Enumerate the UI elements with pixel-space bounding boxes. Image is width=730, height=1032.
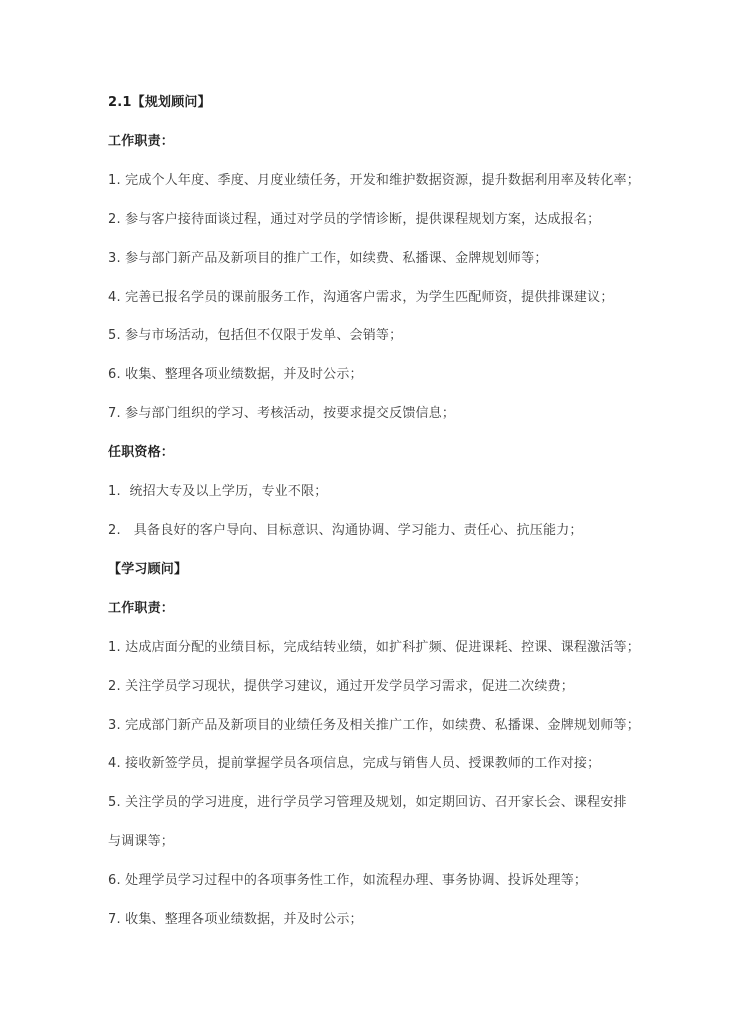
duty-item: 2. 关注学员学习现状，提供学习建议，通过开发学员学习需求，促进二次续费；: [108, 668, 656, 707]
duty-item: 3. 参与部门新产品及新项目的推广工作，如续费、私播课、金牌规划师等；: [108, 240, 656, 279]
duty-item: 2. 参与客户接待面谈过程，通过对学员的学情诊断，提供课程规划方案，达成报名；: [108, 201, 656, 240]
qualification-item: 2. 具备良好的客户导向、目标意识、沟通协调、学习能力、责任心、抗压能力；: [108, 512, 656, 551]
duties-heading-learning: 工作职责：: [108, 590, 656, 629]
duty-item: 5. 参与市场活动，包括但不仅限于发单、会销等；: [108, 317, 656, 356]
document-content: 2.1【规划顾问】 工作职责： 1. 完成个人年度、季度、月度业绩任务，开发和维…: [108, 84, 656, 940]
section-title-learning-consultant: 【学习顾问】: [108, 551, 656, 590]
duty-item: 7. 收集、整理各项业绩数据，并及时公示；: [108, 901, 656, 940]
duty-item: 5. 关注学员的学习进度，进行学员学习管理及规划，如定期回访、召开家长会、课程安…: [108, 784, 656, 862]
duty-item: 7. 参与部门组织的学习、考核活动，按要求提交反馈信息；: [108, 395, 656, 434]
qualifications-heading-planning: 任职资格：: [108, 434, 656, 473]
duty-item: 1. 完成个人年度、季度、月度业绩任务，开发和维护数据资源，提升数据利用率及转化…: [108, 162, 656, 201]
document-page: 2.1【规划顾问】 工作职责： 1. 完成个人年度、季度、月度业绩任务，开发和维…: [0, 0, 730, 1032]
duties-heading-planning: 工作职责：: [108, 123, 656, 162]
qualification-item: 1. 统招大专及以上学历，专业不限；: [108, 473, 656, 512]
duty-item: 1. 达成店面分配的业绩目标，完成结转业绩，如扩科扩频、促进课耗、控课、课程激活…: [108, 629, 656, 668]
section-title-planning-consultant: 2.1【规划顾问】: [108, 84, 656, 123]
duty-item: 4. 接收新签学员，提前掌握学员各项信息，完成与销售人员、授课教师的工作对接；: [108, 745, 656, 784]
duty-item: 6. 处理学员学习过程中的各项事务性工作，如流程办理、事务协调、投诉处理等；: [108, 862, 656, 901]
duty-item: 3. 完成部门新产品及新项目的业绩任务及相关推广工作，如续费、私播课、金牌规划师…: [108, 707, 656, 746]
duty-item: 4. 完善已报名学员的课前服务工作，沟通客户需求，为学生匹配师资，提供排课建议；: [108, 279, 656, 318]
duty-item: 6. 收集、整理各项业绩数据，并及时公示；: [108, 356, 656, 395]
